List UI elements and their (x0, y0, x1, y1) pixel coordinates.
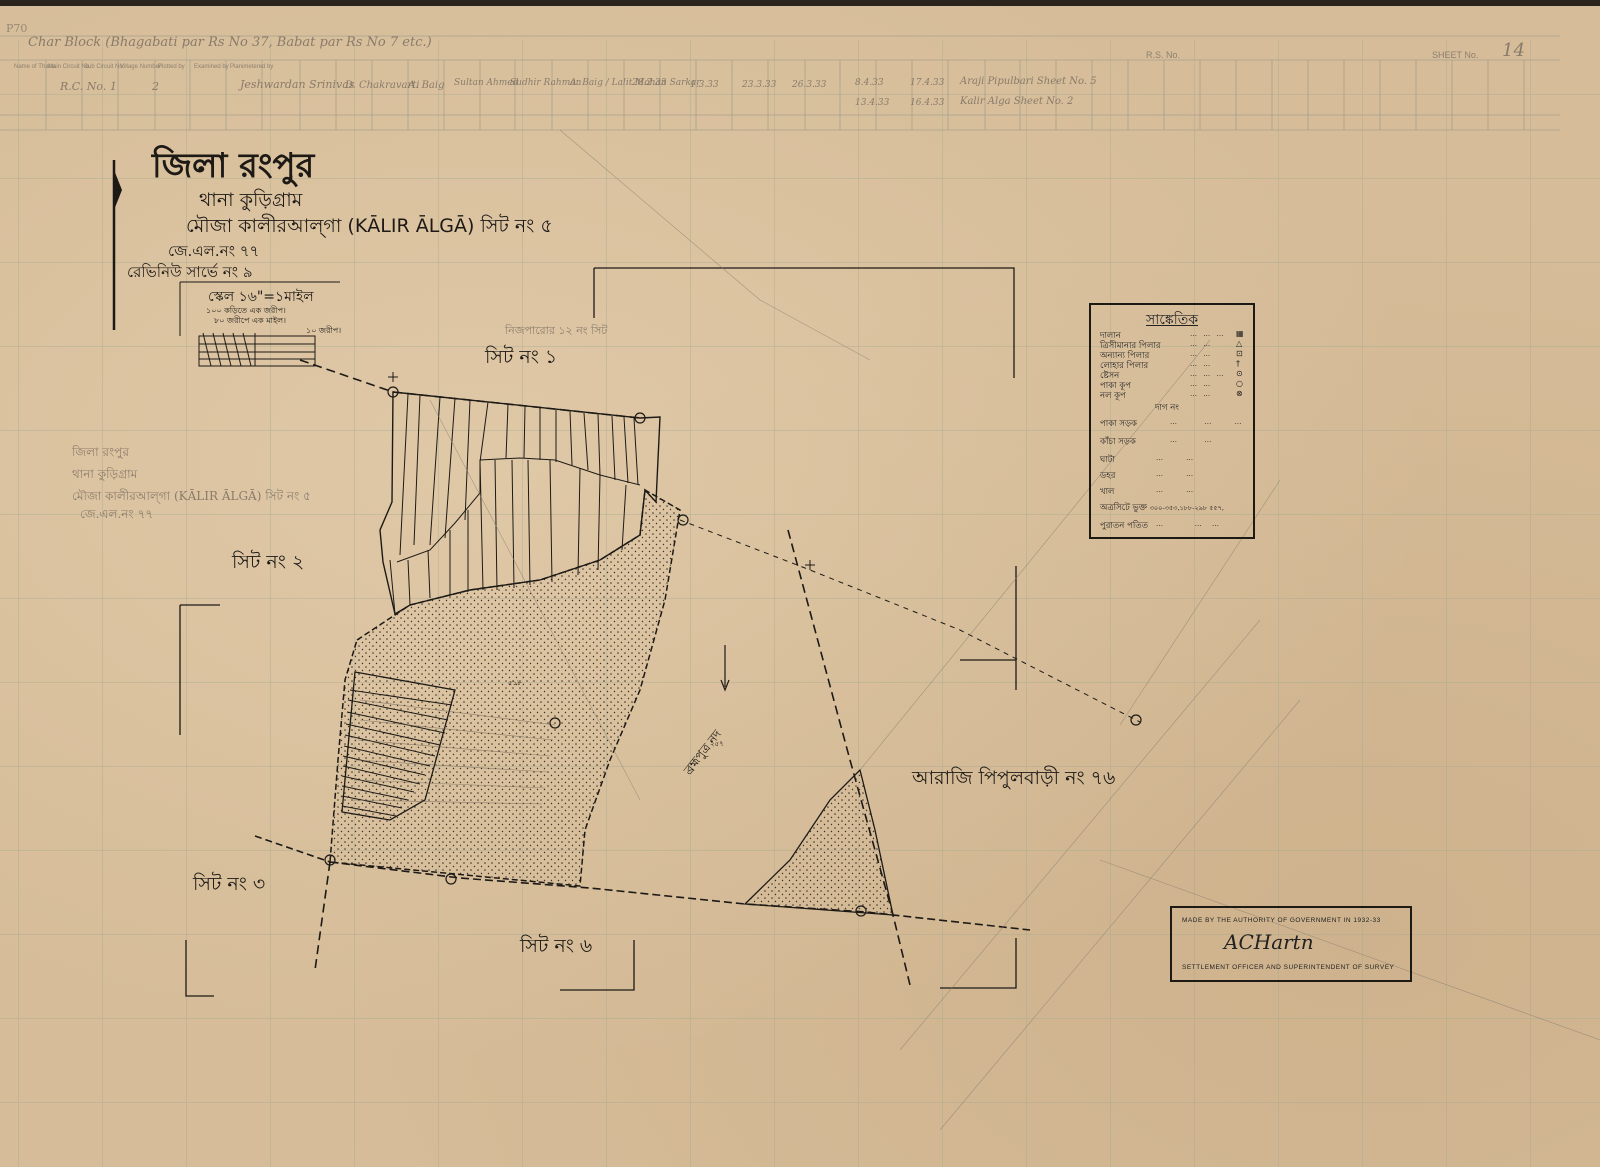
block-note: Char Block (Bhagabati par Rs No 37, Baba… (28, 35, 432, 50)
col-examined-by: Examined by (194, 64, 229, 70)
other-pillar-icon: ⊡ (1236, 349, 1243, 358)
remark-1: Araji Pipulbari Sheet No. 5 (960, 76, 1097, 87)
legend-road-kutcha: কাঁচা সড়ক… … (1100, 435, 1250, 449)
char-plot-number: ৫১৮ (508, 677, 522, 689)
adjacent-mouza-east: আরাজি পিপুলবাড়ী নং ৭৬ (912, 764, 1115, 796)
record-commenced-2: 13.4.33 (855, 98, 889, 108)
station-icon: ⊙ (1236, 369, 1243, 378)
record-commenced-1: 8.4.33 (855, 78, 884, 88)
legend-ghata: ঘাটা… … (1100, 453, 1250, 467)
legend-old-fallow: পুরাতন পতিত… … … (1100, 519, 1250, 533)
sheet-no-label: SHEET No. (1432, 50, 1478, 60)
scale-note-2: ৮০ জরীপে এক মাইল। (214, 315, 286, 328)
adjacent-sheet-southwest: সিট নং ৩ (193, 870, 265, 902)
river-plot-number: ২৫৭ (710, 738, 724, 750)
scale-bar-label: ১০ জরীপ। (306, 325, 341, 338)
kishtwar-amin-value: Sultan Ahmed (454, 78, 518, 88)
adjacent-sheet-west: সিট নং ২ (232, 548, 304, 580)
map-legend: সাঙ্কেতিক দালান… … …▦ ত্রিসীমানার পিলার…… (1089, 303, 1255, 539)
adjacent-sheet-south: সিট নং ৬ (520, 932, 592, 964)
pencil-thana: থানা কুড়িগ্রাম (72, 466, 137, 486)
legend-khal: খাল… … (1100, 485, 1250, 499)
officer-signature: ACHartn (1224, 930, 1314, 954)
adjacent-sheet-north-faint: নিজপারোর ১২ নং সিট (505, 322, 607, 341)
revenue-survey-number: রেভিনিউ সার্ভে নং ৯ (127, 261, 253, 286)
tube-well-icon: ⊗ (1236, 389, 1243, 398)
legend-dahar: ডহর… … (1100, 469, 1250, 483)
legend-dag-label: দাগ নং (1155, 401, 1305, 415)
col-planimetered-by: Planimetered by (230, 64, 273, 70)
col-village: Village Number (120, 64, 161, 70)
iron-pillar-icon: † (1236, 359, 1240, 368)
masonry-well-icon: ○ (1236, 379, 1243, 388)
legend-other-sheet: অত্রসিটে ভুক্ত ৩০০-৩৫৩,১৮৮-২৯৮ ৫৫৭, (1100, 501, 1250, 515)
authority-block: MADE BY THE AUTHORITY OF GOVERNMENT IN 1… (1170, 906, 1412, 982)
survey-ended: 1.3.33 (690, 80, 719, 90)
adjacent-sheet-north: সিট নং ১ (485, 343, 557, 375)
sheet-no-value: 14 (1502, 40, 1525, 61)
col-commenced-value: 23.3.33 (742, 80, 776, 90)
officer-title: SETTLEMENT OFFICER AND SUPERINTENDENT OF… (1182, 964, 1394, 971)
pencil-jl: জে.এল.নং ৭৭ (80, 506, 153, 526)
sub-circuit-value: 2 (152, 80, 159, 93)
cadastral-map-sheet: P70 Char Block (Bhagabati par Rs No 37, … (0, 0, 1600, 1167)
survey-commenced: 28.2.33 (632, 78, 666, 88)
rs-no-label: R.S. No. (1146, 50, 1180, 60)
record-ended-1: 17.4.33 (910, 78, 944, 88)
pencil-district: জিলা রংপুর (72, 444, 129, 464)
remark-2: Kalir Alga Sheet No. 2 (960, 96, 1073, 107)
main-circuit-value: R.C. No. 1 (60, 80, 117, 93)
legend-road-pucca: পাকা সড়ক… … … (1100, 417, 1250, 431)
col-sub-circuit: Sub Circuit No. (84, 64, 124, 70)
col-ended-value: 26.3.33 (792, 80, 826, 90)
pencil-mouza: মৌজা কালীরআল্‌গা (KĀLIR ĀLGĀ) সিট নং ৫ (72, 488, 311, 508)
trijunction-pillar-icon: △ (1236, 339, 1242, 348)
form-code: P70 (6, 22, 27, 35)
legend-title: সাঙ্কেতিক (1091, 305, 1253, 332)
plotted-by-value: Jeshwardan Srinivas (240, 78, 354, 91)
kanungo-value: A. Baig (408, 80, 445, 91)
authority-statement: MADE BY THE AUTHORITY OF GOVERNMENT IN 1… (1182, 917, 1381, 924)
building-icon: ▦ (1236, 329, 1244, 338)
col-plotted-by: Plotted by (158, 64, 185, 70)
record-ended-2: 16.4.33 (910, 98, 944, 108)
